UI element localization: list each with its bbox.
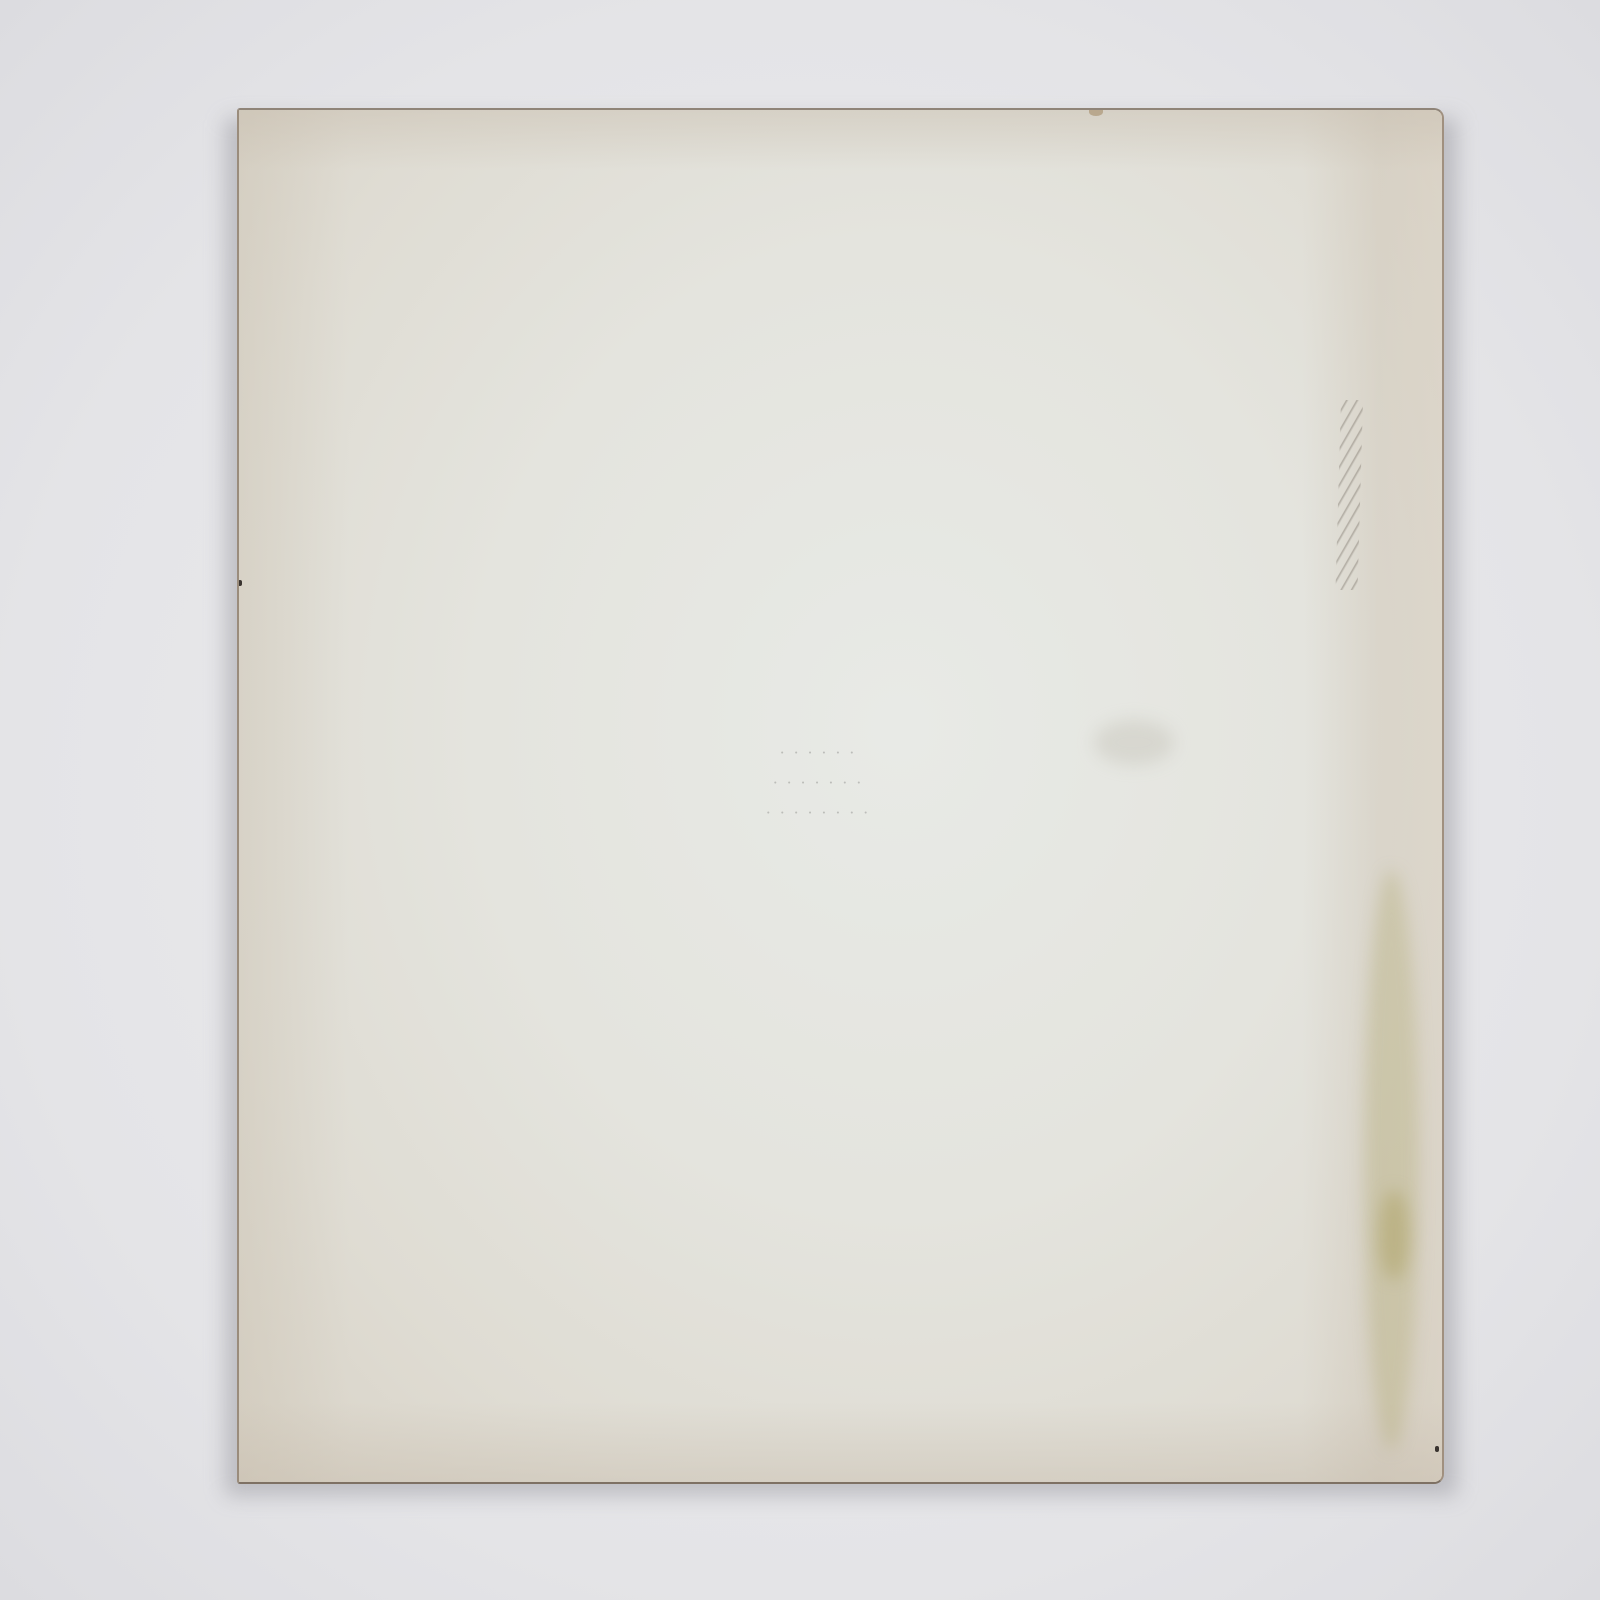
top-edge-aging (239, 110, 1442, 170)
ghost-text-line: · · · · · · (646, 738, 986, 768)
smudge (1094, 720, 1174, 765)
top-edge-nick (1089, 108, 1103, 116)
edge-speck (1435, 1446, 1439, 1452)
book-back-cover: · · · · · · · · · · · · · · · · · · · · … (237, 108, 1444, 1484)
bottom-edge-aging (239, 1402, 1442, 1482)
edge-speck (238, 580, 242, 586)
left-edge-aging (239, 110, 349, 1482)
water-stain-dark (1379, 1190, 1409, 1280)
ghost-text-line: · · · · · · · · (646, 798, 986, 828)
water-stain (1364, 870, 1419, 1450)
ghost-text-line: · · · · · · · (646, 768, 986, 798)
mirrored-offset-text: · · · · · · · · · · · · · · · · · · · · … (646, 738, 986, 828)
